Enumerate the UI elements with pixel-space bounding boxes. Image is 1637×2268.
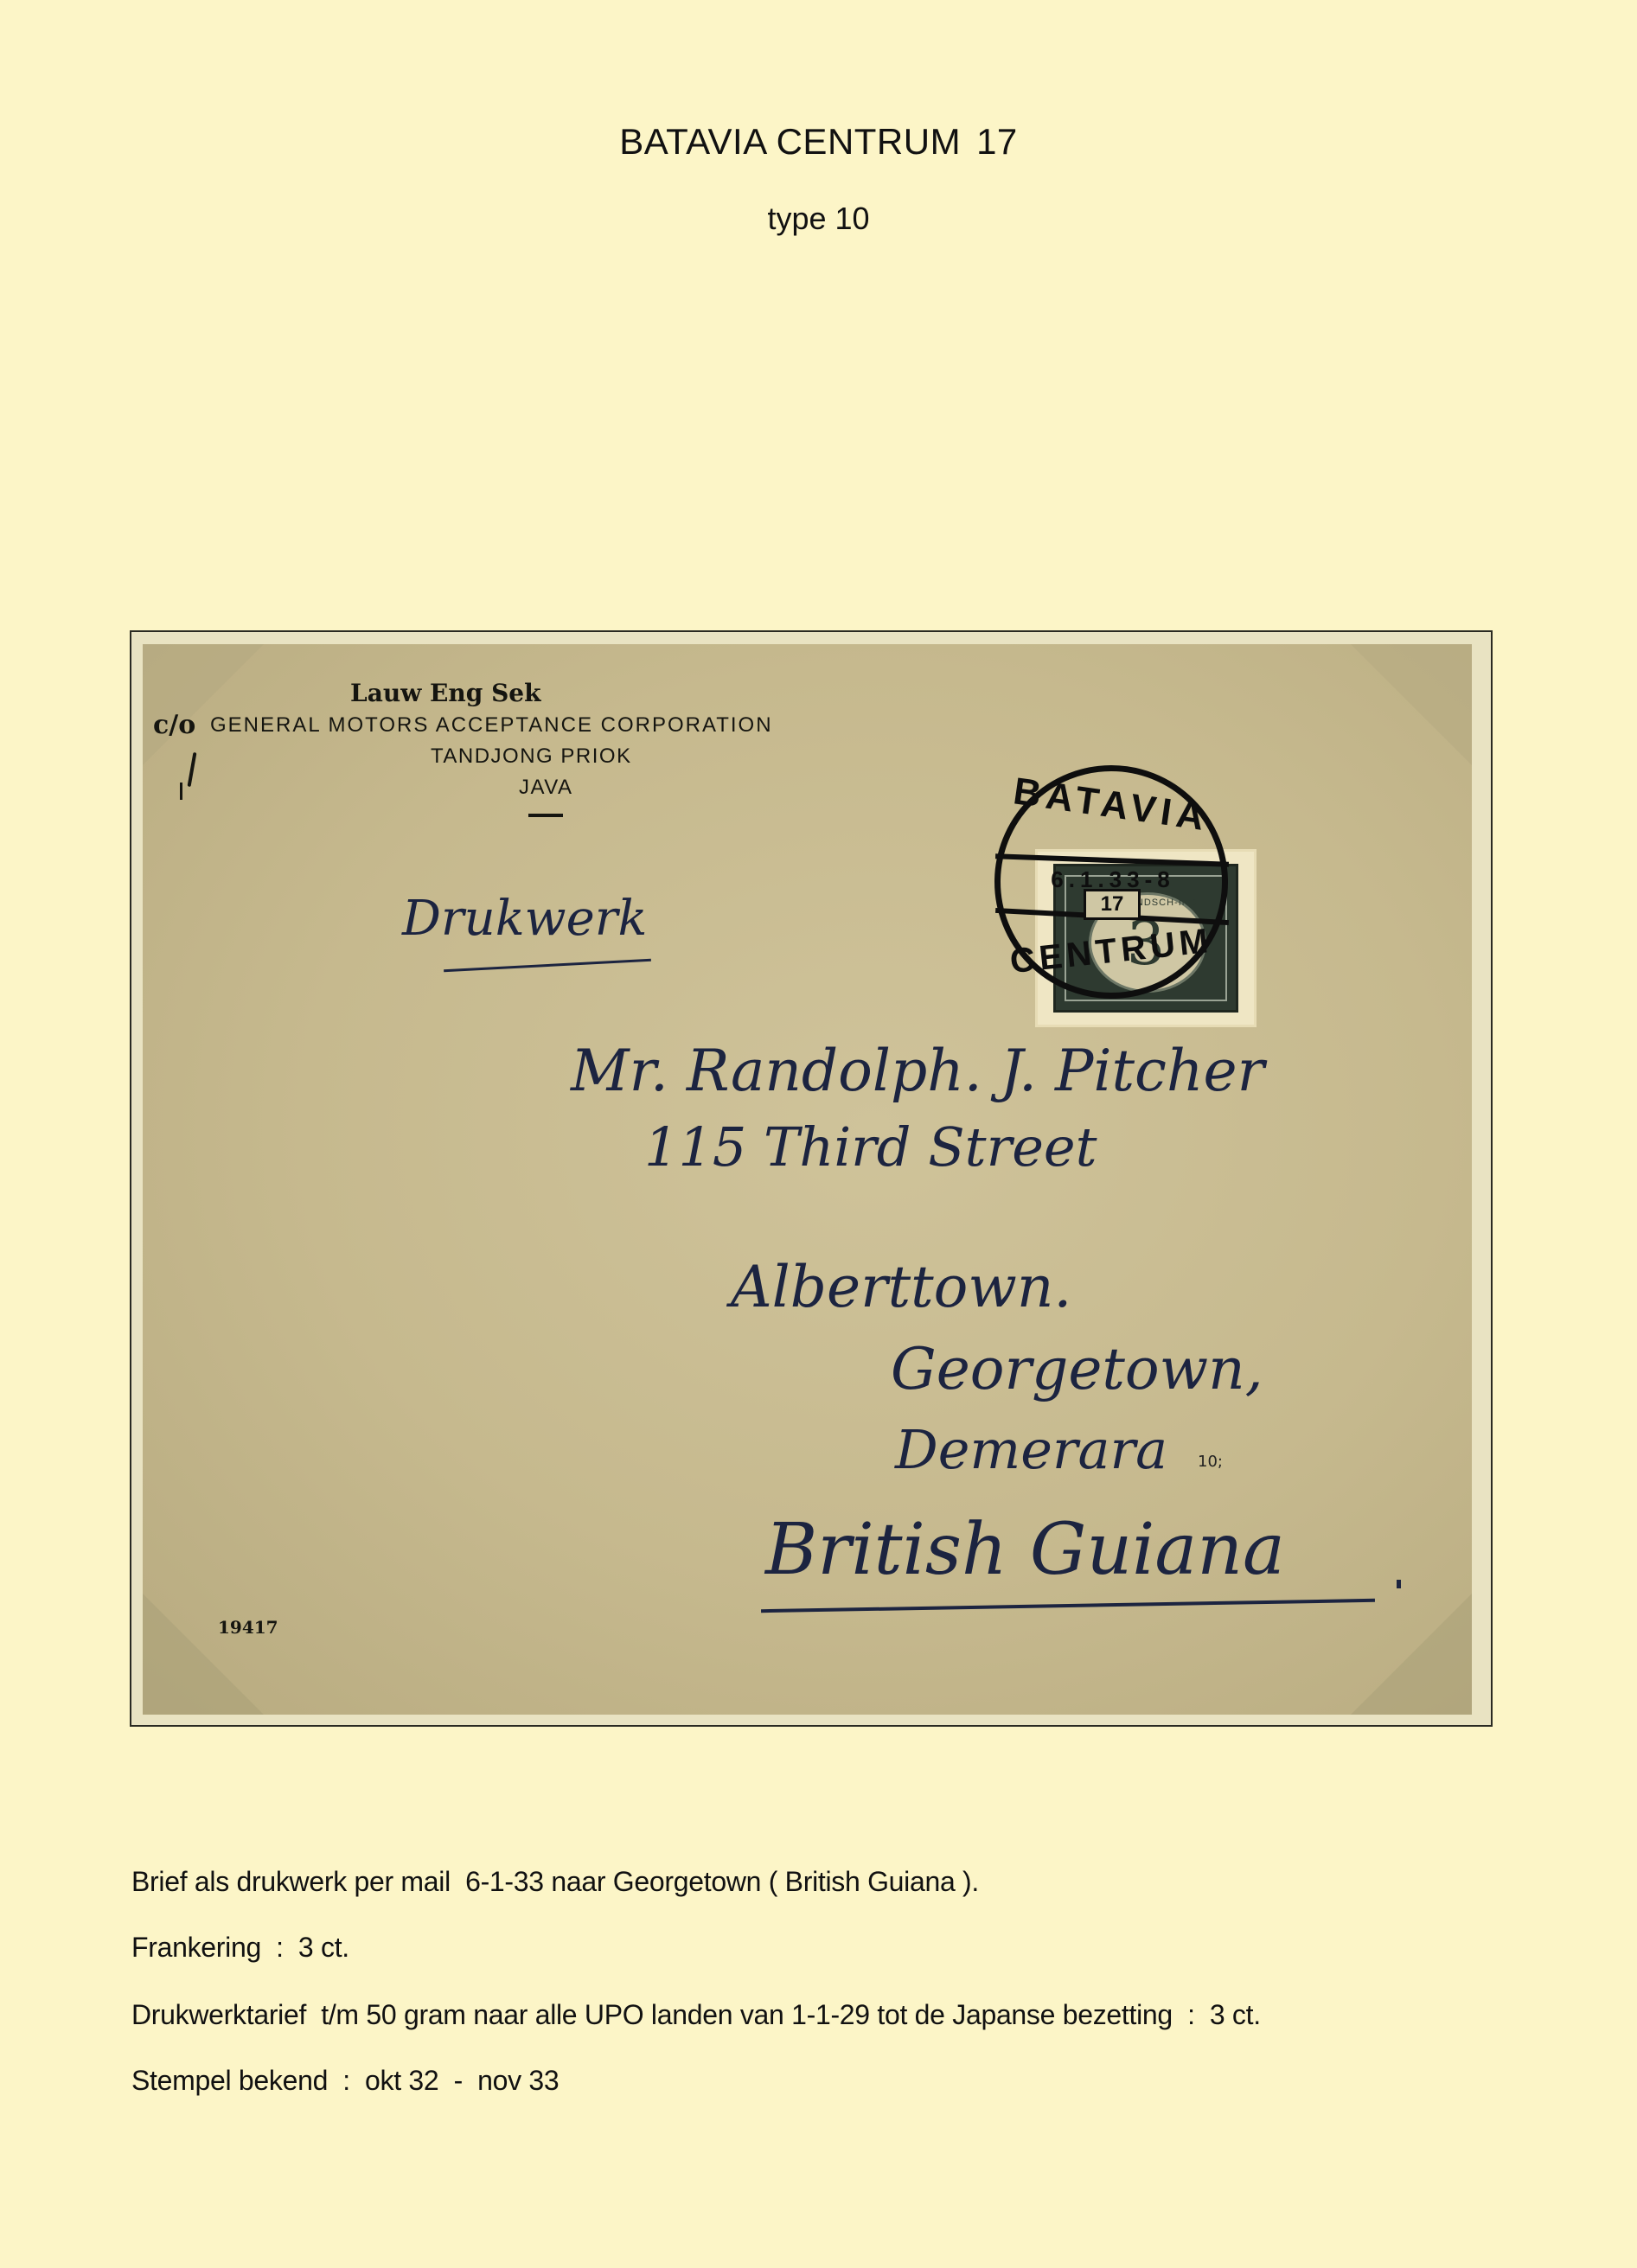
letterhead-city: TANDJONG PRIOK <box>431 744 632 769</box>
address-line-recipient: Mr. Randolph. J. Pitcher <box>571 1038 1264 1104</box>
handwritten-annotation: Drukwerk <box>402 891 647 947</box>
address-line-district: Alberttown. <box>731 1254 1071 1320</box>
catalog-number: 19417 <box>218 1617 278 1638</box>
description-line-franking: Frankering : 3 ct. <box>131 1932 349 1964</box>
letterhead-care-of: c/o <box>153 710 195 740</box>
pencil-mark: 10; <box>1198 1453 1223 1471</box>
letterhead-dash <box>528 814 563 817</box>
postmark-bar <box>995 853 1229 866</box>
letterhead-name: Lauw Eng Sek <box>350 679 541 707</box>
postmark-office-number: 17 <box>1084 889 1141 920</box>
photo-corner-top-right <box>1351 644 1472 765</box>
description-line-rate: Drukwerktarief t/m 50 gram naar alle UPO… <box>131 1999 1261 2031</box>
letterhead-company: GENERAL MOTORS ACCEPTANCE CORPORATION <box>210 713 773 738</box>
photo-corner-bottom-right <box>1351 1594 1472 1715</box>
letterhead-country: JAVA <box>519 776 572 800</box>
address-line-street: 115 Third Street <box>644 1115 1097 1179</box>
envelope-cover: Lauw Eng Sek c/o GENERAL MOTORS ACCEPTAN… <box>143 644 1472 1715</box>
address-line-country: British Guiana <box>765 1509 1285 1591</box>
page-title-text: BATAVIA CENTRUM <box>619 121 961 162</box>
postmark-cancel: BATAVIA 6.1.33-8 17 CENTRUM <box>994 765 1228 999</box>
photo-corner-bottom-left <box>143 1594 264 1715</box>
description-line-mailing: Brief als drukwerk per mail 6-1-33 naar … <box>131 1866 979 1898</box>
annotation-underline <box>444 959 651 973</box>
page-subtitle: type 10 <box>0 201 1637 237</box>
postmark-town: BATAVIA <box>999 768 1224 841</box>
ink-dot <box>1397 1580 1401 1588</box>
address-line-city: Georgetown, <box>891 1336 1263 1402</box>
address-line-region: Demerara <box>895 1418 1167 1481</box>
page-title-number: 17 <box>976 121 1018 162</box>
photo-corner-top-left <box>143 644 264 765</box>
ink-mark <box>180 783 182 800</box>
page-title: BATAVIA CENTRUM17 <box>0 121 1637 163</box>
description-line-known-period: Stempel bekend : okt 32 - nov 33 <box>131 2065 559 2097</box>
country-underline <box>761 1599 1375 1613</box>
